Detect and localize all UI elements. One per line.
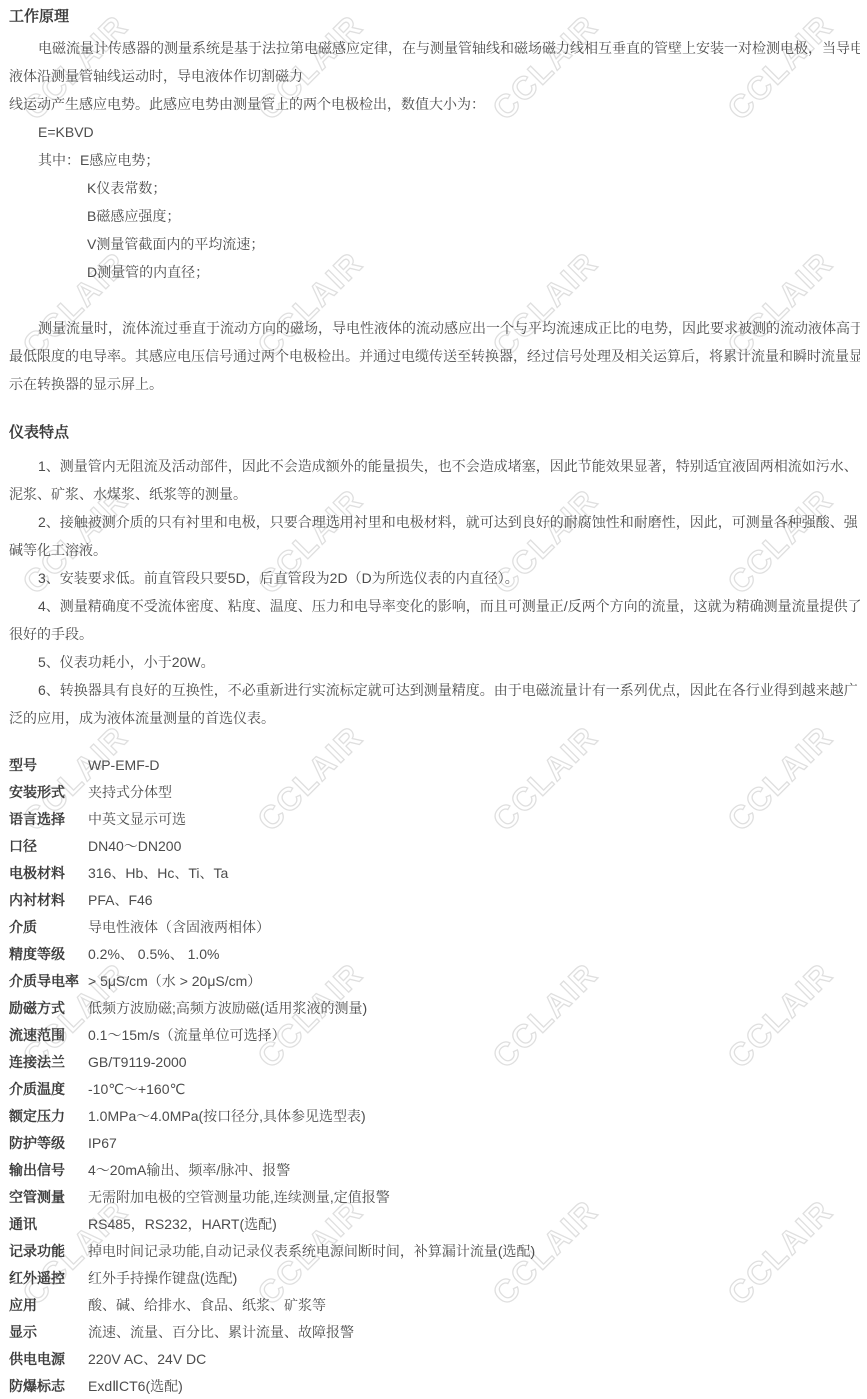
spec-row: 红外遥控红外手持操作键盘(选配) <box>9 1265 860 1292</box>
spec-label: 介质 <box>9 914 88 941</box>
spec-value: GB/T9119-2000 <box>88 1049 860 1076</box>
spec-row: 记录功能掉电时间记录功能,自动记录仪表系统电源间断时间，补算漏计流量(选配) <box>9 1238 860 1265</box>
spec-table: 型号WP-EMF-D安装形式夹持式分体型语言选择中英文显示可选口径DN40～DN… <box>9 752 860 1399</box>
text-line: 4、测量精确度不受流体密度、粘度、温度、压力和电导率变化的影响，而且可测量正/反… <box>9 592 860 620</box>
spec-label: 电极材料 <box>9 860 88 887</box>
spec-value: 导电性液体（含固液两相体） <box>88 914 860 941</box>
spec-value: 无需附加电极的空管测量功能,连续测量,定值报警 <box>88 1184 860 1211</box>
spec-row: 额定压力1.0MPa～4.0MPa(按口径分,具体参见选型表) <box>9 1103 860 1130</box>
text-line: 示在转换器的显示屏上。 <box>9 370 860 398</box>
spec-label: 介质导电率 <box>9 968 88 995</box>
text-line: 5、仪表功耗小，小于20W。 <box>9 648 860 676</box>
spec-value: -10℃～+160℃ <box>88 1076 860 1103</box>
spec-label: 精度等级 <box>9 941 88 968</box>
spec-label: 口径 <box>9 833 88 860</box>
text-line: B磁感应强度； <box>9 202 860 230</box>
spec-row: 型号WP-EMF-D <box>9 752 860 779</box>
text-line: 液体沿测量管轴线运动时，导电液体作切割磁力 <box>9 62 860 90</box>
text-line: 线运动产生感应电势。此感应电势由测量管上的两个电极检出，数值大小为： <box>9 90 860 118</box>
text-line: 测量流量时，流体流过垂直于流动方向的磁场，导电性液体的流动感应出一个与平均流速成… <box>9 314 860 342</box>
spec-label: 额定压力 <box>9 1103 88 1130</box>
spec-label: 通讯 <box>9 1211 88 1238</box>
formula-block: E=KBVD 其中：E感应电势； <box>9 118 860 174</box>
spec-row: 介质导电性液体（含固液两相体） <box>9 914 860 941</box>
spec-label: 连接法兰 <box>9 1049 88 1076</box>
formula-terms-list: K仪表常数；B磁感应强度；V测量管截面内的平均流速；D测量管的内直径； <box>9 174 860 286</box>
section-heading-features: 仪表特点 <box>9 422 860 444</box>
spec-value: > 5μS/cm（水 > 20μS/cm） <box>88 968 860 995</box>
principle-paragraph-1: 电磁流量计传感器的测量系统是基于法拉第电磁感应定律，在与测量管轴线和磁场磁力线相… <box>9 34 860 118</box>
spec-value: 0.2%、 0.5%、 1.0% <box>88 941 860 968</box>
text-line: 3、安装要求低。前直管段只要5D，后直管段为2D（D为所选仪表的内直径）。 <box>9 564 860 592</box>
spec-value: IP67 <box>88 1130 860 1157</box>
text-line: D测量管的内直径； <box>9 258 860 286</box>
spec-label: 记录功能 <box>9 1238 88 1265</box>
features-list: 1、测量管内无阻流及活动部件，因此不会造成额外的能量损失，也不会造成堵塞，因此节… <box>9 452 860 732</box>
spec-label: 防爆标志 <box>9 1373 88 1399</box>
spec-row: 介质温度-10℃～+160℃ <box>9 1076 860 1103</box>
spec-row: 显示流速、流量、百分比、累计流量、故障报警 <box>9 1319 860 1346</box>
spec-value: RS485，RS232，HART(选配) <box>88 1211 860 1238</box>
spec-label: 红外遥控 <box>9 1265 88 1292</box>
spec-label: 输出信号 <box>9 1157 88 1184</box>
spec-value: 220V AC、24V DC <box>88 1346 860 1373</box>
spec-row: 精度等级0.2%、 0.5%、 1.0% <box>9 941 860 968</box>
spec-label: 励磁方式 <box>9 995 88 1022</box>
spec-label: 防护等级 <box>9 1130 88 1157</box>
spec-row: 电极材料316、Hb、Hc、Ti、Ta <box>9 860 860 887</box>
spec-row: 励磁方式低频方波励磁;高频方波励磁(适用浆液的测量) <box>9 995 860 1022</box>
document-content: 工作原理 电磁流量计传感器的测量系统是基于法拉第电磁感应定律，在与测量管轴线和磁… <box>0 0 867 1399</box>
spec-label: 内衬材料 <box>9 887 88 914</box>
spec-label: 安装形式 <box>9 779 88 806</box>
text-line: V测量管截面内的平均流速； <box>9 230 860 258</box>
spec-row: 防护等级IP67 <box>9 1130 860 1157</box>
spec-row: 通讯RS485，RS232，HART(选配) <box>9 1211 860 1238</box>
spec-label: 显示 <box>9 1319 88 1346</box>
spec-value: 红外手持操作键盘(选配) <box>88 1265 860 1292</box>
spec-row: 内衬材料PFA、F46 <box>9 887 860 914</box>
spec-row: 介质导电率> 5μS/cm（水 > 20μS/cm） <box>9 968 860 995</box>
spec-row: 语言选择中英文显示可选 <box>9 806 860 833</box>
document-page: CCLAIRCCLAIRCCLAIRCCLAIRCCLAIRCCLAIRCCLA… <box>0 0 867 1399</box>
spec-row: 连接法兰GB/T9119-2000 <box>9 1049 860 1076</box>
spec-row: 应用酸、碱、给排水、食品、纸浆、矿浆等 <box>9 1292 860 1319</box>
spec-label: 语言选择 <box>9 806 88 833</box>
text-line: 很好的手段。 <box>9 620 860 648</box>
spec-row: 防爆标志ExdⅡCT6(选配) <box>9 1373 860 1399</box>
formula: E=KBVD <box>9 118 860 146</box>
spec-value: 316、Hb、Hc、Ti、Ta <box>88 860 860 887</box>
text-line: 碱等化工溶液。 <box>9 536 860 564</box>
spec-row: 安装形式夹持式分体型 <box>9 779 860 806</box>
spec-value: 酸、碱、给排水、食品、纸浆、矿浆等 <box>88 1292 860 1319</box>
spec-value: PFA、F46 <box>88 887 860 914</box>
spec-label: 流速范围 <box>9 1022 88 1049</box>
spec-value: WP-EMF-D <box>88 752 860 779</box>
spec-label: 供电电源 <box>9 1346 88 1373</box>
text-line: 最低限度的电导率。其感应电压信号通过两个电极检出。并通过电缆传送至转换器，经过信… <box>9 342 860 370</box>
spec-label: 介质温度 <box>9 1076 88 1103</box>
spec-label: 应用 <box>9 1292 88 1319</box>
spec-value: 中英文显示可选 <box>88 806 860 833</box>
spec-value: 0.1～15m/s（流量单位可选择） <box>88 1022 860 1049</box>
spec-value: 低频方波励磁;高频方波励磁(适用浆液的测量) <box>88 995 860 1022</box>
text-line: 电磁流量计传感器的测量系统是基于法拉第电磁感应定律，在与测量管轴线和磁场磁力线相… <box>9 34 860 62</box>
formula-where-intro: 其中：E感应电势； <box>9 146 860 174</box>
spec-row: 输出信号4～20mA输出、频率/脉冲、报警 <box>9 1157 860 1184</box>
text-line: 6、转换器具有良好的互换性，不必重新进行实流标定就可达到测量精度。由于电磁流量计… <box>9 676 860 704</box>
spec-value: 流速、流量、百分比、累计流量、故障报警 <box>88 1319 860 1346</box>
spec-label: 型号 <box>9 752 88 779</box>
section-heading-principle: 工作原理 <box>9 6 860 28</box>
spec-row: 空管测量无需附加电极的空管测量功能,连续测量,定值报警 <box>9 1184 860 1211</box>
spec-label: 空管测量 <box>9 1184 88 1211</box>
spec-value: DN40～DN200 <box>88 833 860 860</box>
spec-value: 1.0MPa～4.0MPa(按口径分,具体参见选型表) <box>88 1103 860 1130</box>
spec-row: 口径DN40～DN200 <box>9 833 860 860</box>
text-line: K仪表常数； <box>9 174 860 202</box>
spec-value: ExdⅡCT6(选配) <box>88 1373 860 1399</box>
text-line: 1、测量管内无阻流及活动部件，因此不会造成额外的能量损失，也不会造成堵塞，因此节… <box>9 452 860 480</box>
principle-paragraph-2: 测量流量时，流体流过垂直于流动方向的磁场，导电性液体的流动感应出一个与平均流速成… <box>9 314 860 398</box>
text-line: 泛的应用，成为液体流量测量的首选仪表。 <box>9 704 860 732</box>
spec-value: 夹持式分体型 <box>88 779 860 806</box>
spec-row: 流速范围0.1～15m/s（流量单位可选择） <box>9 1022 860 1049</box>
text-line: 泥浆、矿浆、水煤浆、纸浆等的测量。 <box>9 480 860 508</box>
spec-value: 掉电时间记录功能,自动记录仪表系统电源间断时间，补算漏计流量(选配) <box>88 1238 860 1265</box>
spec-row: 供电电源220V AC、24V DC <box>9 1346 860 1373</box>
spec-value: 4～20mA输出、频率/脉冲、报警 <box>88 1157 860 1184</box>
text-line: 2、接触被测介质的只有衬里和电极，只要合理选用衬里和电极材料，就可达到良好的耐腐… <box>9 508 860 536</box>
